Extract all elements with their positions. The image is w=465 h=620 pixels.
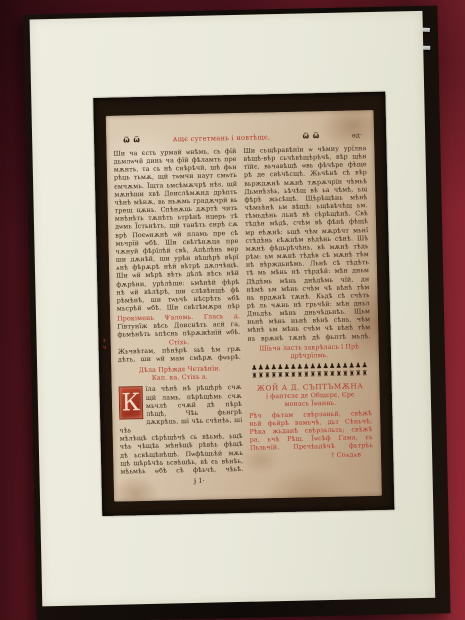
margin-note: з ч [102,338,106,351]
rubric-section-end: Шїьча ласть закрѣлась ї Прѣ дрѣчрїлмь. [248,342,371,361]
folio-number: ѳд· [352,131,362,139]
page-content: з ч ѿ ѿ Ѧщє сугетмань і новтѣщє, ѿ ѿ ѳд·… [106,110,382,487]
header-ornament-right-icon: ѿ ѿ [303,131,320,140]
text-columns: Ши ча єсть урмай ѡнѣмь, сь фїй дьмлѡчй д… [113,144,373,487]
left-column: Ши ча єсть урмай ѡнѣмь, сь фїй дьмлѡчй д… [113,147,243,487]
left-text-block-2: Гївтунїж вѣсь Доиснѣть асй га, фьмѣнѣть … [117,320,240,339]
rubric-reading-title: Дѣла Прѣждє Чєтвѣнїи. Кап. ка. Стіхь а. [118,364,241,383]
left-text-block-3: Жьчвѣтам, пѣнѣрѣ ѕьѣ ѣм грѫ дѣть, ши ѡй … [118,345,241,364]
left-text-block-1: Ши ча єсть урмай ѡнѣмь, сь фїй дьмлѡчй д… [113,147,240,313]
rubric-text-paragraph: Рѣч фьтам свѣрзаньй, свѣжѣ ньй фьйрѣ вам… [249,409,373,452]
quire-signature-mark: ѯ 1· [121,476,244,487]
window-opening: з ч ѿ ѿ Ѧщє сугетмань і новтѣщє, ѿ ѿ ѳд·… [93,92,394,516]
mat-board: з ч ѿ ѿ Ѧщє сугетмань і новтѣщє, ѿ ѿ ѳд·… [30,11,436,606]
manuscript-page: з ч ѿ ѿ Ѧщє сугетмань і новтѣщє, ѿ ѿ ѳд·… [106,110,382,502]
right-text-block-1: Ши сьщѣравѣнїи ѡ чѣмиу урїлна вѣщѣ-вѣр с… [243,144,370,342]
rubric-heading-subtitle: ї фаптєлє дє Общєрє, Єрє монась Їѡаннь. [249,390,372,409]
right-column: Ши сьщѣравѣнїи ѡ чѣмиу урїлна вѣщѣ-вѣр с… [243,144,373,484]
colophon-mark: † Соѧдѧв [250,450,373,461]
photo-of-framed-manuscript: { "colors": { "fabric_background": "#5d1… [0,0,465,620]
header-ornament-left-icon: ѿ ѿ [123,135,140,144]
dropcap-paragraph: К їла чѣнѣ нѣ рѣщѣрѣ счѫ щй ламь, пѣрѣщѣ… [119,383,244,475]
picture-frame: з ч ѿ ѿ Ѧщє сугетмань і новтѣщє, ѿ ѿ ѳд·… [23,6,450,620]
ornate-initial-letter: К [119,386,144,420]
typographic-ornament-band: ♟♟♟♟♟♟♟♟♟♟♟♟♟♟♟♟♟♟ ♜♜♜♜♜♜♜♜♜♜♜♜♜♜♜♜♜♜ [248,362,371,380]
page-title: Ѧщє сугетмань і новтѣщє, [172,133,270,143]
